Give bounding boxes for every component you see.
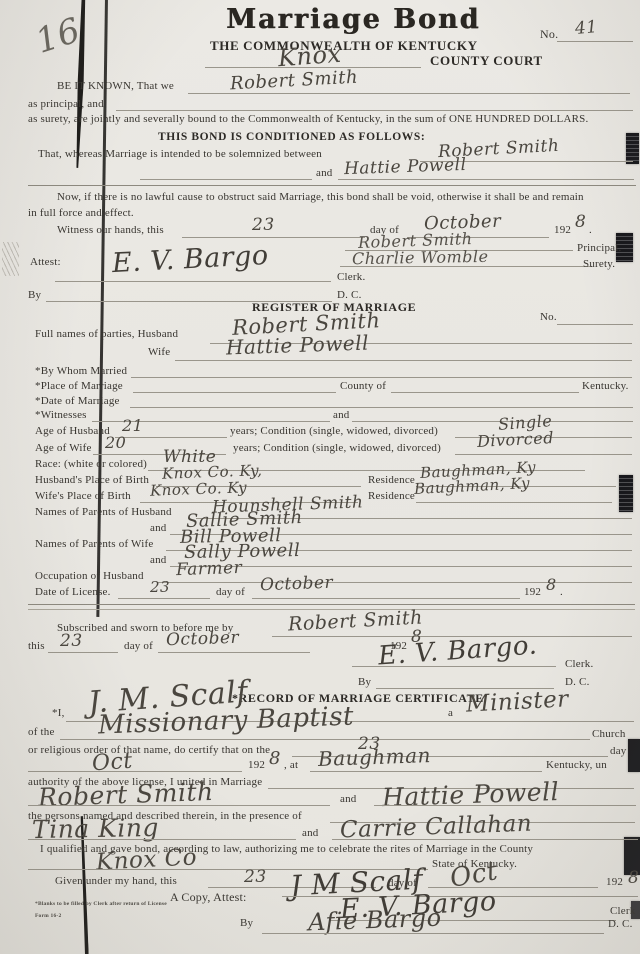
witness-hands-clause: Witness our hands, this <box>57 224 164 236</box>
period: . <box>560 586 563 598</box>
clerk-label: Clerk. <box>337 271 365 283</box>
residence-husband-label: Residence <box>368 474 415 486</box>
principal-name-handwritten: Robert Smith <box>230 67 359 95</box>
blank-line <box>28 839 296 840</box>
dc-label: D. C. <box>565 676 590 688</box>
blank-line <box>557 324 633 325</box>
year-digit-handwritten: 8 <box>546 575 557 594</box>
year-digit-handwritten: 8 <box>575 212 586 232</box>
void-clause-line1: Now, if there is no lawful cause to obst… <box>57 191 584 203</box>
blank-line <box>118 598 210 599</box>
section-divider <box>28 604 635 605</box>
dc-label: D. C. <box>608 918 633 930</box>
blank-line <box>374 805 636 806</box>
whereas-clause: That, whereas Marriage is intended to be… <box>38 148 322 160</box>
date-of-license-label: Date of License. <box>35 586 111 598</box>
occupation-label: Occupation of Husband <box>35 570 144 582</box>
husband-parents-label: Names of Parents of Husband <box>35 506 172 518</box>
husband-birth-label: Husband's Place of Birth <box>35 474 149 486</box>
church-label: Church <box>592 728 626 740</box>
witness-day-handwritten: 23 <box>252 215 275 235</box>
clerk-signature: E. V. Bargo <box>111 240 269 279</box>
wife-label: Wife <box>148 346 170 358</box>
clerk-label: Clerk <box>610 905 635 917</box>
copy-attest-label: A Copy, Attest: <box>170 890 247 905</box>
blank-line <box>140 179 312 180</box>
and-label: and <box>333 409 349 421</box>
kentucky-label: Kentucky. <box>582 380 629 392</box>
blank-line <box>188 93 630 94</box>
wife-birth-label: Wife's Place of Birth <box>35 490 131 502</box>
cert-month-value: Oct <box>91 749 133 777</box>
attest-label: Attest: <box>30 256 61 268</box>
by-whom-married-label: *By Whom Married <box>35 365 127 377</box>
blank-line <box>352 421 633 422</box>
period: . <box>589 224 592 236</box>
day-of-label: day of <box>216 586 245 598</box>
this-label: this <box>28 640 45 652</box>
by-label: By <box>240 917 253 929</box>
surety-label: Surety. <box>583 258 615 270</box>
year-printed: 192 <box>554 224 571 236</box>
blank-line <box>262 933 604 934</box>
wife-condition-value: Divorced <box>477 428 555 451</box>
county-of-label: County of <box>340 380 386 392</box>
blank-line <box>158 582 632 583</box>
by-label: By <box>358 676 371 688</box>
and-label: and <box>316 167 332 179</box>
race-label: Race: (white or colored) <box>35 458 147 470</box>
cert-place-value: Baughman <box>318 743 432 771</box>
full-names-label: Full names of parties, Husband <box>35 328 178 340</box>
bond-number-value: 41 <box>574 17 598 39</box>
day-label: day <box>610 745 626 757</box>
year-printed: 192 <box>248 759 265 771</box>
bond-number-line <box>557 41 633 42</box>
blank-line <box>131 377 632 378</box>
residence-wife-label: Residence <box>368 490 415 502</box>
bride-name-handwritten: Hattie Powell <box>344 155 467 179</box>
section-divider <box>28 609 635 610</box>
blank-line <box>133 392 336 393</box>
condition-husband-label: years; Condition (single, widowed, divor… <box>230 425 438 437</box>
principal-label: Principal. <box>577 242 621 254</box>
year-printed: 192 <box>606 876 623 888</box>
at-label: , at <box>284 759 298 771</box>
surety-clause: as surety, are jointly and severally bou… <box>28 113 588 125</box>
blank-line <box>332 839 638 840</box>
a-label: a <box>448 707 453 719</box>
and-label: and <box>150 554 166 566</box>
cert-groom-handwritten: Robert Smith <box>38 777 214 812</box>
blank-line <box>310 771 542 772</box>
place-of-marriage-label: *Place of Marriage <box>35 380 123 392</box>
blank-line <box>60 739 590 740</box>
license-day-value: 23 <box>150 578 170 596</box>
clerk-label: Clerk. <box>565 658 593 670</box>
conditioned-heading: THIS BOND IS CONDITIONED AS FOLLOWS: <box>158 131 425 143</box>
given-clause: Given under my hand, this <box>55 875 177 887</box>
of-the-label: of the <box>28 726 55 738</box>
section-divider <box>28 185 636 186</box>
blank-line <box>130 407 633 408</box>
sworn-day-value: 23 <box>60 631 83 651</box>
blank-line <box>252 598 520 599</box>
minister-title-handwritten: Minister <box>465 686 569 717</box>
and-label: and <box>150 522 166 534</box>
and-label: and <box>302 827 318 839</box>
be-it-known-clause: BE IT KNOWN, That we <box>57 80 174 92</box>
certify-clause: or religious order of that name, do cert… <box>28 744 270 756</box>
kentucky-under-label: Kentucky, un <box>546 759 607 771</box>
pencil-smudge <box>2 242 19 276</box>
age-husband-label: Age of Husband <box>35 425 110 437</box>
blank-line <box>48 652 118 653</box>
age-wife-label: Age of Wife <box>35 442 92 454</box>
sworn-name-handwritten: Robert Smith <box>288 606 424 635</box>
i-label: *I, <box>52 707 65 719</box>
commonwealth-heading: THE COMMONWEALTH OF KENTUCKY <box>210 38 478 54</box>
witnesses-label: *Witnesses <box>35 409 87 421</box>
and-label: and <box>340 793 356 805</box>
sworn-month-value: October <box>166 628 240 651</box>
register-no-label: No. <box>540 311 557 323</box>
marriage-bond-document: 16 Marriage Bond No. 41 THE COMMONWEALTH… <box>0 0 640 954</box>
blank-line <box>28 771 242 772</box>
surety-signature: Charlie Womble <box>352 247 489 268</box>
cert-bride-handwritten: Hattie Powell <box>382 777 560 812</box>
binding-mark-3 <box>619 475 633 512</box>
cert-county-handwritten: Knox Co <box>95 844 197 875</box>
blank-line <box>115 437 227 438</box>
county-court-label: COUNTY COURT <box>430 53 543 69</box>
margin-page-number: 16 <box>31 10 85 62</box>
year-printed: 192 <box>524 586 541 598</box>
signature-line <box>340 266 592 267</box>
wife-name-handwritten: Hattie Powell <box>226 331 370 360</box>
blank-line <box>416 502 612 503</box>
blank-line <box>116 110 633 111</box>
as-principal-clause: as principal, and <box>28 98 104 110</box>
binding-mark-4 <box>628 739 640 772</box>
blank-line <box>338 179 634 180</box>
blank-line <box>175 360 632 361</box>
blank-line <box>28 805 330 806</box>
year-digit-handwritten: 8 <box>269 748 281 769</box>
footnote-line1: *Blanks to be filled by Clerk after retu… <box>35 901 167 907</box>
signature-line <box>352 666 556 667</box>
condition-wife-label: years; Condition (single, widowed, divor… <box>233 442 441 454</box>
age-wife-value: 20 <box>105 433 126 452</box>
wife-parents-label: Names of Parents of Wife <box>35 538 153 550</box>
by-label: By <box>28 289 41 301</box>
blank-line <box>182 237 365 238</box>
occupation-value: Farmer <box>176 558 243 580</box>
license-month-value: October <box>260 573 334 596</box>
date-of-marriage-label: *Date of Marriage <box>35 395 120 407</box>
fold-crease-line <box>96 0 107 617</box>
blank-line <box>455 454 632 455</box>
void-clause-line2: in full force and effect. <box>28 207 134 219</box>
bond-number-label: No. <box>540 27 558 42</box>
blank-line <box>158 652 310 653</box>
document-title: Marriage Bond <box>226 4 480 35</box>
blank-line <box>391 392 579 393</box>
signature-line <box>55 281 331 282</box>
footnote-line2: Form 16-2 <box>35 913 61 919</box>
given-day-value: 23 <box>244 867 267 887</box>
binding-mark-1 <box>626 133 639 164</box>
year-digit-handwritten: 8 <box>628 868 639 888</box>
day-of-label: day of <box>124 640 153 652</box>
deputy-signature: Afie Bargo <box>308 904 442 937</box>
